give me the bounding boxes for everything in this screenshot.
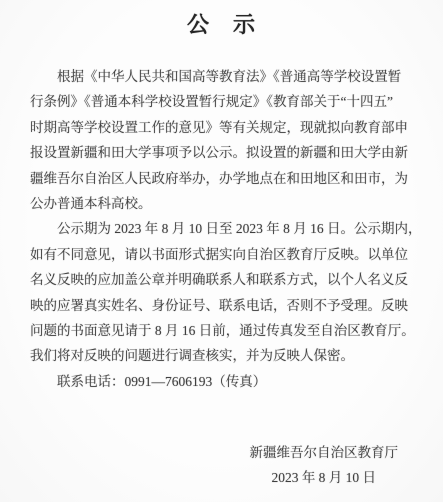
announcement-document: 公 示 根据《中华人民共和国高等教育法》《普通高等学校设置暂 行条例》《普通本科… bbox=[0, 0, 443, 502]
body-line: 公办普通本科高校。 bbox=[30, 191, 430, 216]
document-body: 根据《中华人民共和国高等教育法》《普通高等学校设置暂 行条例》《普通本科学校设置… bbox=[30, 64, 430, 394]
paragraph-basis: 根据《中华人民共和国高等教育法》《普通高等学校设置暂 行条例》《普通本科学校设置… bbox=[30, 64, 430, 216]
announcement-date: 2023 年 8 月 10 日 bbox=[250, 465, 399, 490]
body-line: 疆维吾尔自治区人民政府举办，办学地点在和田地区和田市，为 bbox=[30, 166, 430, 191]
body-line: 行条例》《普通本科学校设置暂行规定》《教育部关于“十四五” bbox=[30, 89, 430, 114]
body-line: 根据《中华人民共和国高等教育法》《普通高等学校设置暂 bbox=[30, 64, 430, 89]
signature-block: 新疆维吾尔自治区教育厅 2023 年 8 月 10 日 bbox=[250, 440, 399, 490]
paragraph-notice-period: 公示期为 2023 年 8 月 10 日至 2023 年 8 月 16 日。公示… bbox=[30, 216, 430, 368]
body-line: 问题的书面意见请于 8 月 16 日前，通过传真发至自治区教育厅。 bbox=[30, 318, 430, 343]
body-line: 报设置新疆和田大学事项予以公示。拟设置的新疆和田大学由新 bbox=[30, 140, 430, 165]
page-title: 公 示 bbox=[0, 10, 443, 40]
contact-phone-line: 联系电话：0991—7606193（传真） bbox=[30, 369, 430, 394]
body-line: 如有不同意见，请以书面形式据实向自治区教育厅反映。以单位 bbox=[30, 242, 430, 267]
body-line: 公示期为 2023 年 8 月 10 日至 2023 年 8 月 16 日。公示… bbox=[30, 216, 430, 241]
signer-name: 新疆维吾尔自治区教育厅 bbox=[250, 440, 399, 465]
body-line: 我们将对反映的问题进行调查核实，并为反映人保密。 bbox=[30, 343, 430, 368]
body-line: 名义反映的应加盖公章并明确联系人和联系方式，以个人名义反 bbox=[30, 267, 430, 292]
body-line: 时期高等学校设置工作的意见》等有关规定，现就拟向教育部申 bbox=[30, 115, 430, 140]
body-line: 映的应署真实姓名、身份证号、联系电话，否则不予受理。反映 bbox=[30, 293, 430, 318]
